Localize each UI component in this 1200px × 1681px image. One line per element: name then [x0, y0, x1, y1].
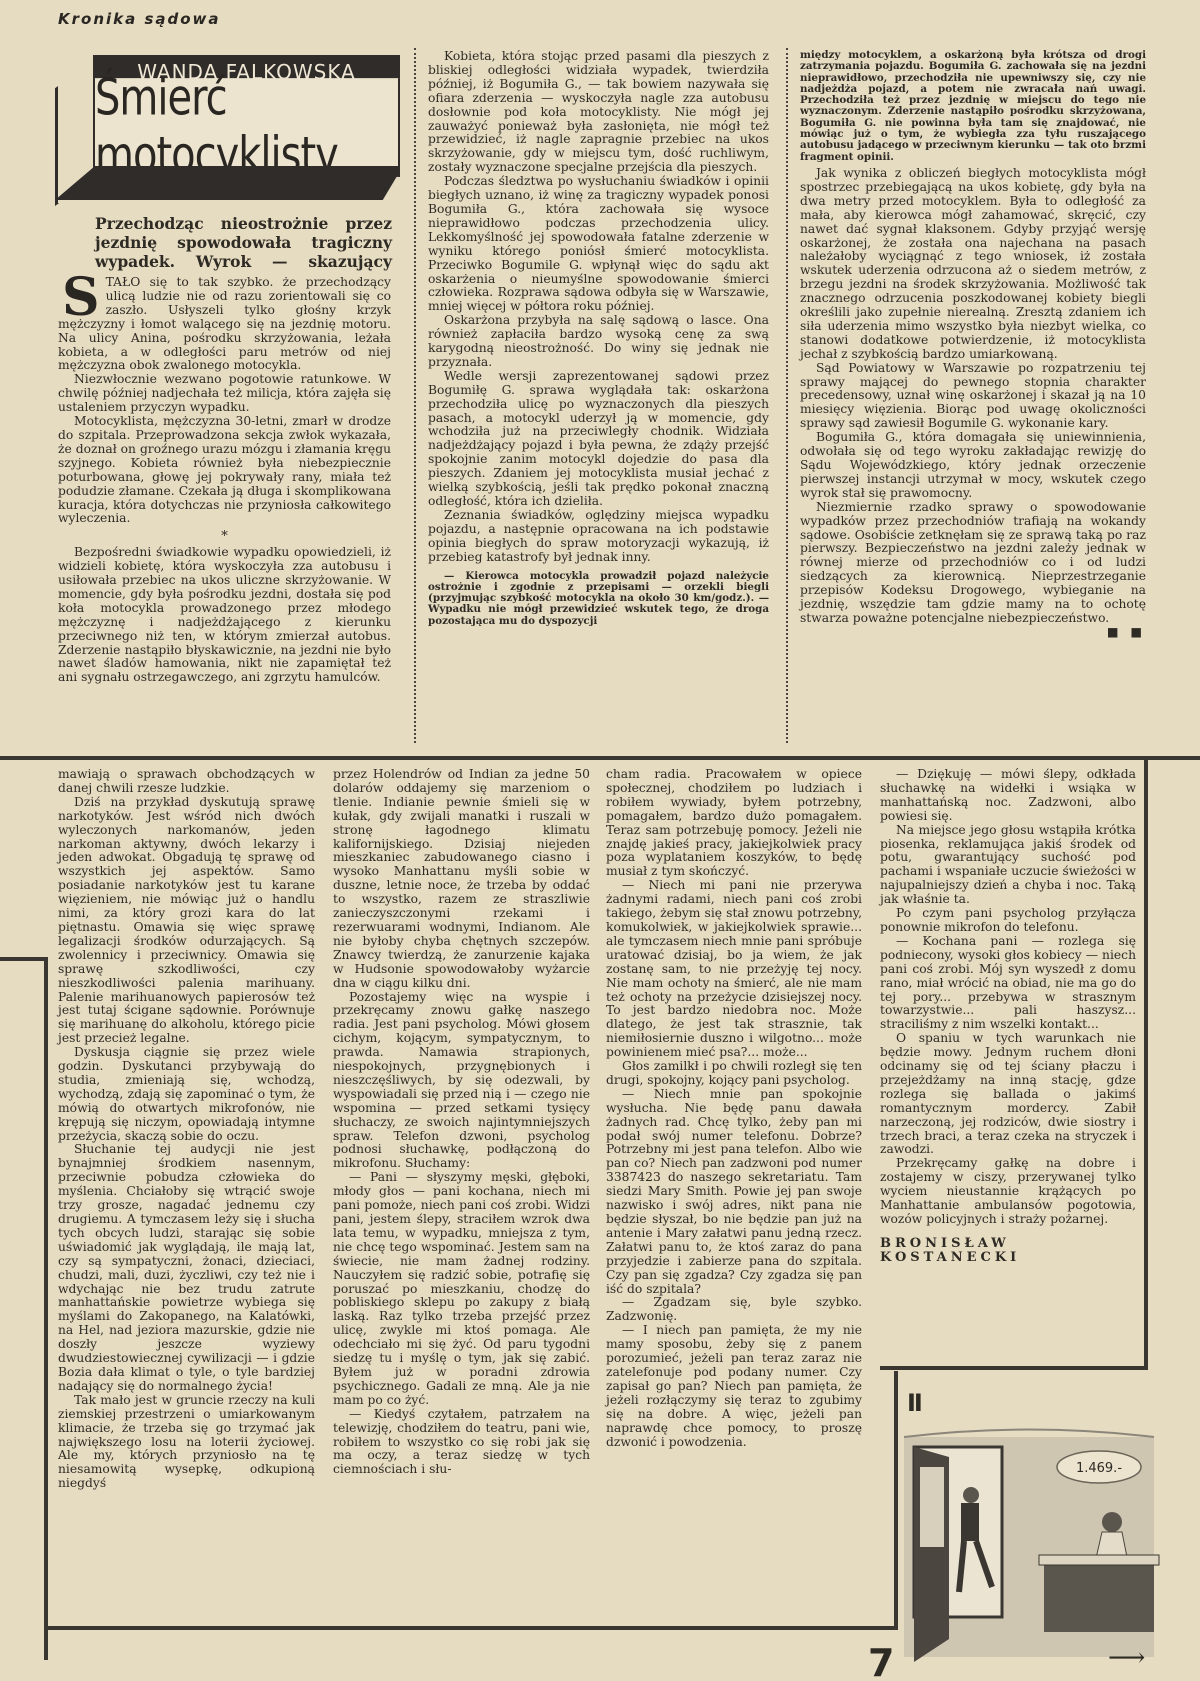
article-title-block: WANDA FALKOWSKA Śmierć motocyklisty	[55, 55, 400, 205]
article2-column-1: mawiają o sprawach obchodzących w danej …	[58, 768, 315, 1491]
paragraph: Dziś na przykład dyskutują sprawę narkot…	[58, 796, 315, 1046]
paragraph-text: Niezmiernie rzadko sprawy o spowodowanie…	[800, 500, 1146, 625]
section-separator: *	[58, 530, 391, 544]
cartoon-drawing-icon: 1.469.-	[904, 1427, 1174, 1667]
paragraph: mawiają o sprawach obchodzących w danej …	[58, 768, 315, 796]
paragraph: — Kiedyś czytałem, patrzałem na telewizj…	[333, 1408, 590, 1478]
paragraph: — I niech pan pamięta, że my nie mamy sp…	[606, 1324, 862, 1449]
paragraph: Głos zamilkł i po chwili rozległ się ten…	[606, 1060, 862, 1088]
page-number: 7	[868, 1645, 894, 1681]
paragraph: — Niech mnie pan spokojnie wysłucha. Nie…	[606, 1088, 862, 1297]
box-frame-bottom	[44, 1626, 284, 1630]
paragraph: Na miejsce jego głosu wstąpiła krótka pi…	[880, 824, 1136, 907]
article1-column-3: między motocyklem, a oskarżoną była krót…	[800, 50, 1146, 640]
paragraph: Niezwłocznie wezwano pogotowie ratunkowe…	[58, 373, 391, 415]
paragraph: — Dziękuję — mówi ślepy, odkłada słuchaw…	[880, 768, 1136, 824]
paragraph: Przekręcamy gałkę na dobre i zostajemy w…	[880, 1157, 1136, 1227]
paragraph: Po czym pani psycholog przyłącza ponowni…	[880, 907, 1136, 935]
article2-column-3: cham radia. Pracowałem w opiece społeczn…	[606, 768, 862, 1449]
article2-column-4: — Dziękuję — mówi ślepy, odkłada słuchaw…	[880, 768, 1136, 1265]
paragraph: cham radia. Pracowałem w opiece społeczn…	[606, 768, 862, 879]
paragraph: — Zgadzam się, byle szybko. Zadzwonię.	[606, 1296, 862, 1324]
paragraph: TAŁO się to tak szybko. że przechodzący …	[58, 276, 391, 373]
column-divider	[414, 48, 416, 743]
paragraph: Sąd Powiatowy w Warszawie po rozpatrzeni…	[800, 362, 1146, 432]
article-title: Śmierć motocyklisty	[93, 78, 400, 177]
box-frame-right	[1144, 760, 1148, 1370]
expert-opinion-quote-cont: między motocyklem, a oskarżoną była krót…	[800, 50, 1146, 163]
paragraph: Podczas śledztwa po wysłuchaniu świadków…	[428, 175, 769, 314]
section-label: Kronika sądowa	[58, 10, 221, 28]
paragraph: Słuchanie tej audycji nie jest bynajmnie…	[58, 1143, 315, 1393]
paragraph: Bezpośredni świadkowie wypadku opowiedzi…	[58, 546, 391, 685]
paragraph: Tak mało jest w gruncie rzeczy na kuli z…	[58, 1394, 315, 1491]
expert-opinion-quote: — Kierowca motocykla prowadził pojazd na…	[428, 571, 769, 627]
paragraph: — Niech mi pani nie przerywa żadnymi rad…	[606, 879, 862, 1060]
box-frame-top-left	[0, 957, 48, 961]
paragraph: — Pani — słyszymy męski, głęboki, młody …	[333, 1171, 590, 1407]
article-lead: Przechodząc nieostrożnie przez jezdnię s…	[95, 214, 392, 271]
paragraph: Niezmiernie rzadko sprawy o spowodowanie…	[800, 501, 1146, 626]
paragraph: Wedle wersji zaprezentowanej sądowi prze…	[428, 370, 769, 509]
box-frame-step	[880, 1366, 1148, 1370]
paragraph: Oskarżona przybyła na salę sądową o lasc…	[428, 314, 769, 370]
paragraph: Dyskusja ciągnie się przez wiele godzin.…	[58, 1046, 315, 1143]
column-divider	[786, 48, 788, 743]
paragraph: Kobieta, która stojąc przed pasami dla p…	[428, 50, 769, 175]
cartoon-series-mark: II	[907, 1389, 921, 1417]
box-frame-left	[44, 957, 48, 1660]
end-of-article-marks: ■ ■	[1091, 626, 1146, 640]
article-divider-rule	[0, 756, 1200, 760]
paragraph: O spaniu w tych warunkach nie będzie mow…	[880, 1032, 1136, 1157]
continue-arrow-icon: ⟶	[1108, 1643, 1145, 1673]
paragraph: Motocyklista, mężczyzna 30-letni, zmarł …	[58, 415, 391, 526]
title-box-bottom	[55, 166, 400, 200]
article2-column-2: przez Holendrów od Indian za jedne 50 do…	[333, 768, 590, 1477]
article1-column-1: S TAŁO się to tak szybko. że przechodząc…	[58, 276, 391, 685]
paragraph: Pozostajemy więc na wyspie i przekręcamy…	[333, 991, 590, 1172]
cartoon-bubble-text: 1.469.-	[1076, 1461, 1122, 1476]
cartoon-illustration: II 1.469.-	[892, 1387, 1192, 1677]
paragraph: Zeznania świadków, oględziny miejsca wyp…	[428, 509, 769, 565]
article1-column-2: Kobieta, która stojąc przed pasami dla p…	[428, 50, 769, 627]
paragraph: przez Holendrów od Indian za jedne 50 do…	[333, 768, 590, 991]
box-frame-bottom	[284, 1626, 896, 1630]
paragraph: Bogumiła G., która domagała się uniewinn…	[800, 431, 1146, 501]
article-author-signature: BRONISŁAW KOSTANECKI	[880, 1237, 1136, 1265]
paragraph: Jak wynika z obliczeń biegłych motocykli…	[800, 167, 1146, 362]
paragraph: — Kochana pani — rozlega się podniecony,…	[880, 935, 1136, 1032]
drop-cap: S	[62, 278, 100, 318]
